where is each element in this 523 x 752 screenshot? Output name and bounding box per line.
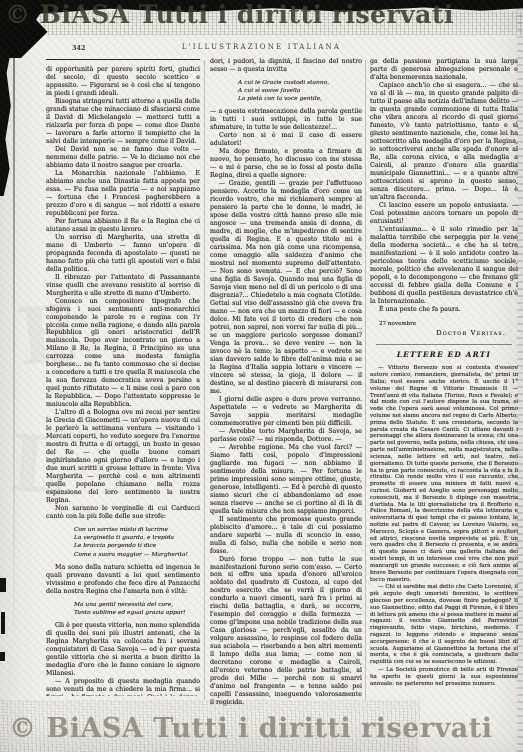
paragraph: Bisogna stringersi tutti attorno a quell… [46,98,200,146]
verse-line: Con un sorriso misto di lacrime [74,526,200,534]
paragraph: Conosco un compositore tipografo che sfo… [46,298,200,410]
ink-speck [0,652,5,661]
paragraph: I giorni delle aspre e dure prove verran… [210,396,362,428]
text-column-middle: dori, i pudori, la dignità, il fascino d… [210,58,362,706]
paragraph: Il sentimento che promosse questo grande… [210,516,362,556]
paragraph: L'altro dì a Bologna ove mi recai per se… [46,409,200,505]
verse-line: La verginetta ti guarda, e trepida [74,534,200,542]
paragraph: — Avrebbe ragione. Ma che vuol farci? — … [210,444,362,516]
column-divider-rule [204,60,205,700]
verse-line: A cui sì soave favella [238,87,362,95]
verse-line: Come a suora maggior — Margherita! [74,551,200,559]
verse-block: Con un sorriso misto di lacrimeLa vergin… [74,526,200,559]
column-top-rule [46,59,200,60]
paragraph: Non saranno le verginelle di cui Carducc… [46,505,200,521]
dateline: 27 novembre [370,321,518,328]
verse-line: La pietà con la voce gentile, [238,95,362,103]
author-signature: Doctor Veritas. [370,329,518,338]
paragraph: È una peste che fa paura. [370,306,518,314]
paragraph-continuation: ga della passione partigiana la sua larg… [370,58,518,82]
verse-block: A cui le Grazie custodi stanno,A cui sì … [238,79,362,103]
section-separator-rule [376,344,512,345]
text-column-right: ga della passione partigiana la sua larg… [370,58,518,742]
paragraph: Del David non se ne fanno due volte — ne… [46,146,200,170]
paragraph: L'entusiasmo... è il solo rimedio per la… [370,226,518,306]
paragraph: Ci lascino essere un popolo entusiasta. … [370,202,518,226]
verse-block: Ma una gentil necessità del core,Tanto s… [74,601,200,617]
paragraph-continuation: dori, i pudori, la dignità, il fascino d… [210,58,362,74]
paragraph: La Monarchia nazionale l'abbiamo. E abbi… [46,170,200,218]
paragraph: Capisco anch'io che si esagera... — che … [370,82,518,202]
verse-line: Tanto sublime ed egual grazia appar! [74,609,200,617]
paragraph: — A proposito di questa medaglia quando … [46,678,200,696]
news-item: — Vittorio Bersezio non si contenta d'es… [370,365,518,583]
paragraph: Ma dopo firmato, e pronta a firmare di n… [210,148,362,180]
ink-speck [0,578,6,592]
paragraph: Gli è per questa vittoria, non meno sple… [46,622,200,678]
paragraph-continuation: — a questa estrinsecazione della parola … [210,108,362,132]
paragraph: Un sorriso di Margherita, una stretta di… [46,234,200,274]
scanned-page: E L © BiASA Tutti i diritti riservati © … [0,0,523,752]
verse-line: A cui le Grazie custodi stanno, [238,79,362,87]
paragraph: — Avrebbe torto Margherita di Savoja, se… [210,428,362,444]
news-item: — La Società promotrice di belle arti di… [370,667,518,687]
ink-speck [1,612,5,634]
column-divider-rule [365,60,366,700]
verse-line: Ma una gentil necessità del core, [74,601,200,609]
text-column-left: di opportunità per parere spiriti forti,… [46,58,200,696]
page-edge-shadow [13,52,15,662]
paragraph: Ma sono della natura schietta ed ingenua… [46,564,200,596]
paragraph: Durò forse troppo — non tutte le sue man… [210,556,362,706]
scan-edge-left [0,46,12,196]
watermark-top: © BiASA Tutti i diritti riservati [5,0,454,29]
section-heading: LETTERE ED ARTI [370,350,518,359]
journal-title: L'ILLUSTRAZIONE ITALIANA [0,43,523,51]
verse-line: Le braccia porgendo ti dice [74,542,200,550]
paragraph: — Grazie, gentili — grazie per l'affettu… [210,180,362,396]
paragraph-continuation: di opportunità per parere spiriti forti,… [46,66,200,98]
paragraph: Il ribrezzo per l'attentato di Passannan… [46,274,200,298]
watermark-bottom: © BiASA Tutti i diritti riservati [9,713,493,744]
news-item: — Chi si sarebbe mai detto che Carlo Lor… [370,584,518,666]
paragraph: Certo non si è mai il caso di essere adu… [210,132,362,148]
paragraph: Per fortuna abbiamo il Re e la Regina ch… [46,218,200,234]
